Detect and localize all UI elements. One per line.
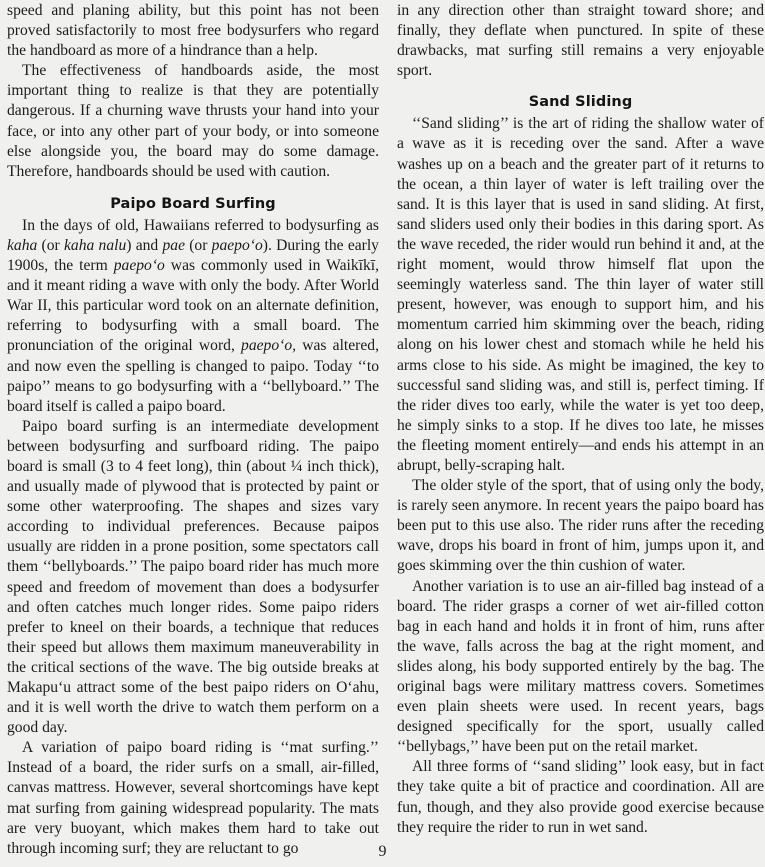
- section-heading-sand-sliding: Sand Sliding: [397, 93, 764, 111]
- section-heading-paipo-board-surfing: Paipo Board Surfing: [7, 195, 379, 213]
- italic-term: pae: [162, 237, 185, 254]
- right-column: in any direction other than straight tow…: [397, 1, 764, 838]
- italic-term: paepo‘o: [212, 237, 263, 254]
- left-paragraph-4: Paipo board surfing is an intermediate d…: [7, 417, 379, 739]
- text-run: In the days of old, Hawaiians referred t…: [22, 217, 379, 234]
- left-paragraph-2: The effectiveness of handboards aside, t…: [7, 61, 379, 182]
- right-paragraph-2: ‘‘Sand sliding’’ is the art of riding th…: [397, 114, 764, 476]
- italic-term: paepo‘o: [114, 257, 165, 274]
- right-paragraph-1: in any direction other than straight tow…: [397, 1, 764, 81]
- italic-term: kaha: [7, 237, 37, 254]
- left-paragraph-1: speed and planing ability, but this poin…: [7, 1, 379, 61]
- italic-term: kaha nalu: [64, 237, 126, 254]
- right-paragraph-5: All three forms of ‘‘sand sliding’’ look…: [397, 757, 764, 837]
- italic-term: paepo‘o,: [241, 337, 296, 354]
- left-paragraph-5: A variation of paipo board riding is ‘‘m…: [7, 738, 379, 859]
- left-paragraph-3: In the days of old, Hawaiians referred t…: [7, 216, 379, 417]
- left-column: speed and planing ability, but this poin…: [7, 1, 379, 859]
- text-run: (or: [37, 237, 64, 254]
- right-paragraph-4: Another variation is to use an air-fille…: [397, 577, 764, 758]
- text-run: (or: [185, 237, 212, 254]
- book-page: speed and planing ability, but this poin…: [0, 0, 765, 867]
- right-paragraph-3: The older style of the sport, that of us…: [397, 476, 764, 576]
- text-run: ) and: [126, 237, 162, 254]
- page-number: 9: [0, 843, 765, 861]
